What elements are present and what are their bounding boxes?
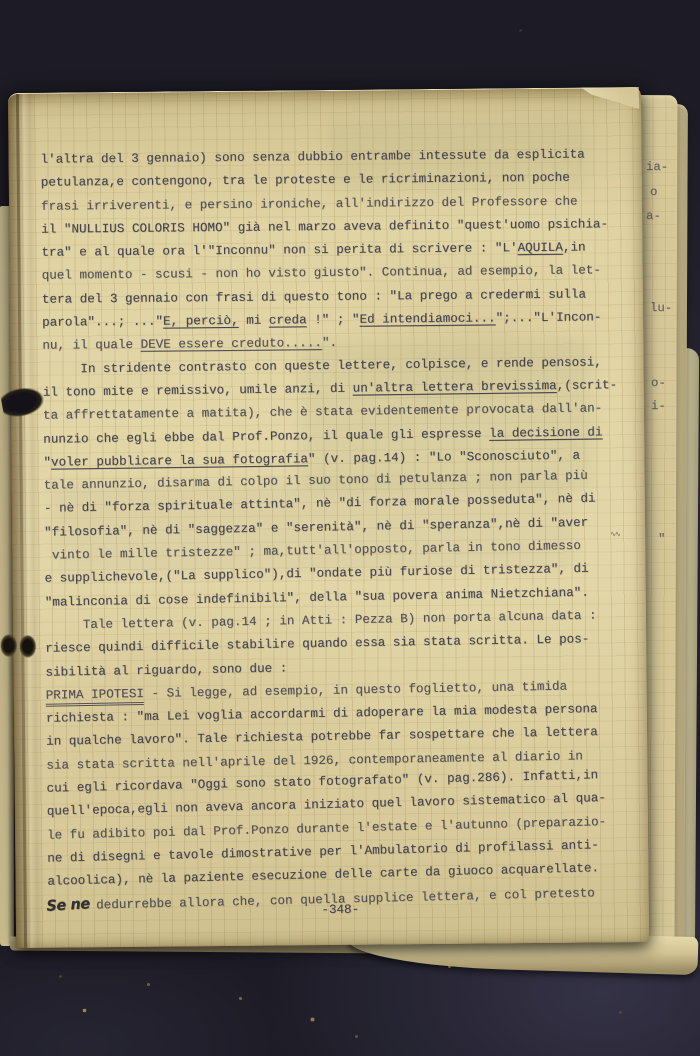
photographed-typewritten-page: { "page": { "number_label": "-348-", "li… (0, 0, 700, 1056)
binding-hole-bottom-left (0, 634, 17, 657)
dust-speckles (0, 0, 1, 1)
typewritten-text-block: l'altra del 3 gennaio) sono senza dubbio… (40, 143, 632, 917)
binding-hole-bottom-right (19, 635, 36, 658)
document-page: l'altra del 3 gennaio) sono senza dubbio… (8, 87, 649, 948)
dog-ear-fold (581, 87, 639, 110)
pencil-mark: ∿∿ (610, 530, 620, 539)
binding-hole-top (0, 384, 46, 419)
